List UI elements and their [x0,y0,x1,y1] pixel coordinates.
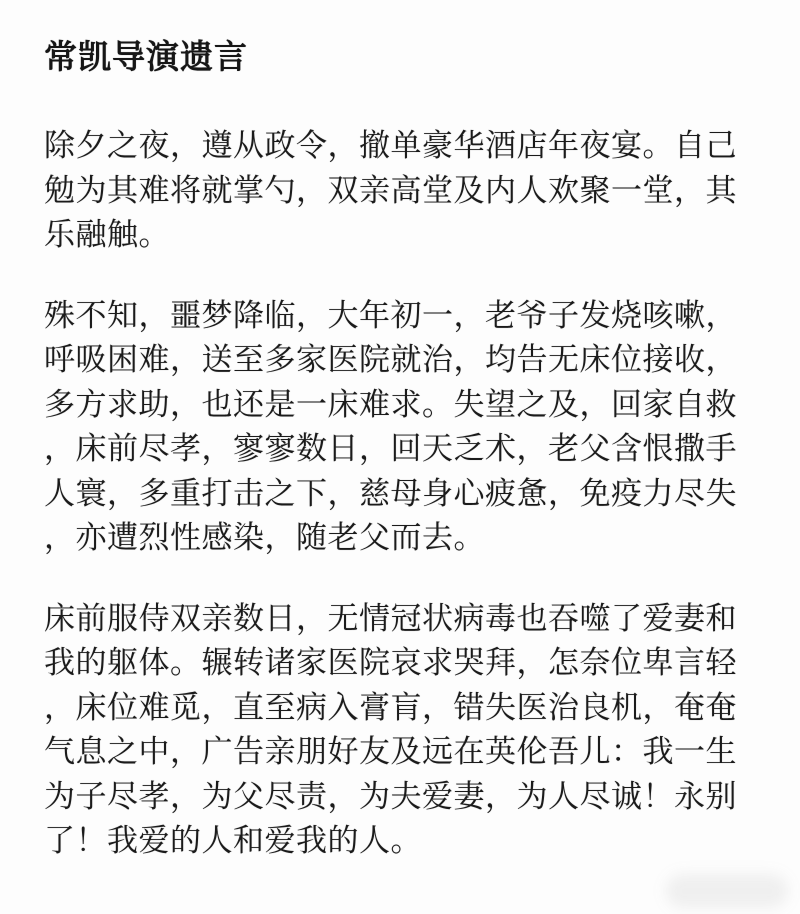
faint-watermark [666,874,788,908]
paragraph-farewell: 床前服侍双亲数日，无情冠状病毒也吞噬了爱妻和 我的躯体。辗转诸家医院哀求哭拜，怎… [44,597,756,864]
paragraph-parents-illness: 殊不知，噩梦降临，大年初一，老爷子发烧咳嗽， 呼吸困难，送至多家医院就治，均告无… [44,294,756,561]
paragraph-new-year-eve: 除夕之夜，遵从政令，撤单豪华酒店年夜宴。自己 勉为其难将就掌勺，双亲高堂及内人欢… [44,124,756,258]
page-title: 常凯导演遗言 [44,34,756,80]
document-page: 常凯导演遗言 除夕之夜，遵从政令，撤单豪华酒店年夜宴。自己 勉为其难将就掌勺，双… [0,0,800,914]
